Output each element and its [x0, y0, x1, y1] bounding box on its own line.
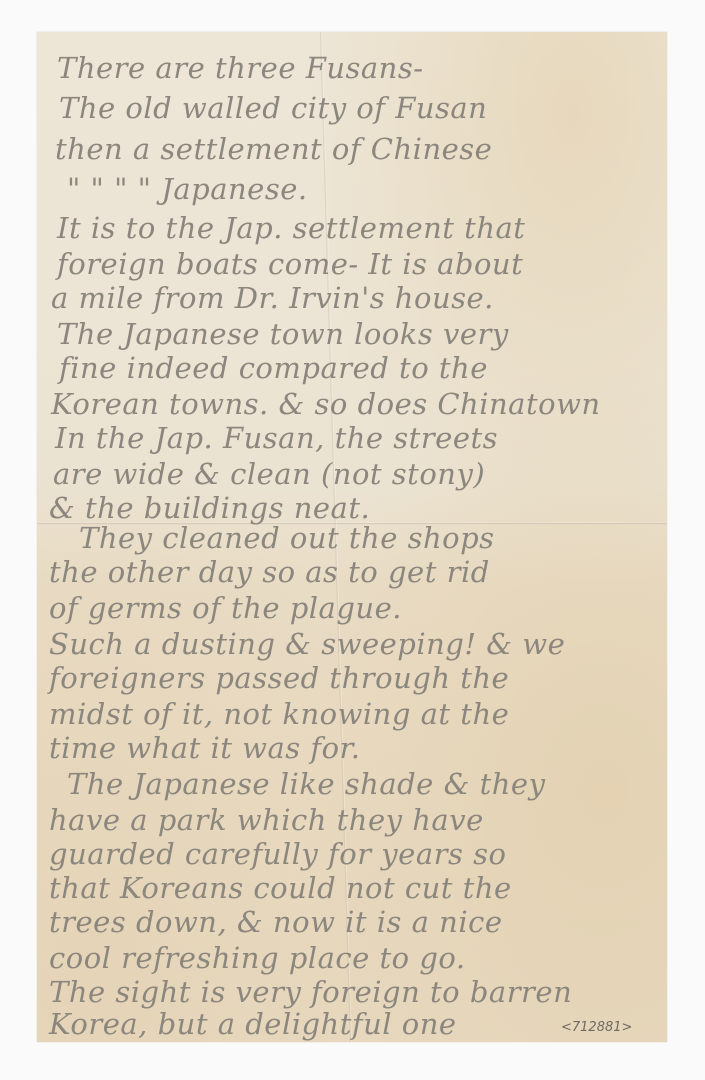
handwritten-line: time what it was for.	[49, 734, 360, 763]
handwritten-line: In the Jap. Fusan, the streets	[55, 424, 498, 453]
handwritten-line: are wide & clean (not stony)	[53, 460, 485, 489]
handwritten-line: foreigners passed through the	[49, 664, 509, 693]
page-canvas: There are three Fusans- The old walled c…	[0, 0, 705, 1080]
handwritten-line: Such a dusting & sweeping! & we	[49, 630, 565, 659]
handwritten-line: the other day so as to get rid	[49, 558, 490, 587]
handwritten-line: They cleaned out the shops	[79, 524, 495, 553]
handwritten-line: The sight is very foreign to barren	[49, 978, 572, 1007]
handwritten-line: have a park which they have	[49, 806, 484, 835]
handwritten-text-block: There are three Fusans- The old walled c…	[37, 32, 667, 1042]
handwritten-line: then a settlement of Chinese	[55, 135, 492, 164]
handwritten-line: It is to the Jap. settlement that	[57, 214, 525, 243]
handwritten-line: midst of it, not knowing at the	[49, 700, 509, 729]
handwritten-line: guarded carefully for years so	[49, 840, 506, 869]
handwritten-line: foreign boats come- It is about	[57, 250, 523, 279]
handwritten-line: The old walled city of Fusan	[59, 94, 487, 123]
handwritten-line: Korea, but a delightful one	[49, 1010, 457, 1039]
handwritten-line: fine indeed compared to the	[59, 354, 488, 383]
catalog-number: <712881>	[561, 1020, 632, 1035]
handwritten-line: of germs of the plague.	[49, 594, 402, 623]
handwritten-line: & the buildings neat.	[49, 494, 370, 523]
handwritten-line: The Japanese like shade & they	[67, 770, 545, 799]
handwritten-line: The Japanese town looks very	[57, 320, 509, 349]
handwritten-line: " " " " Japanese.	[67, 175, 308, 204]
handwritten-line: trees down, & now it is a nice	[49, 908, 503, 937]
handwritten-line: that Koreans could not cut the	[49, 874, 512, 903]
handwritten-line: a mile from Dr. Irvin's house.	[51, 284, 494, 313]
letter-paper: There are three Fusans- The old walled c…	[37, 32, 667, 1042]
handwritten-line: cool refreshing place to go.	[49, 944, 466, 973]
handwritten-line: There are three Fusans-	[57, 54, 424, 83]
handwritten-line: Korean towns. & so does Chinatown	[51, 390, 601, 419]
